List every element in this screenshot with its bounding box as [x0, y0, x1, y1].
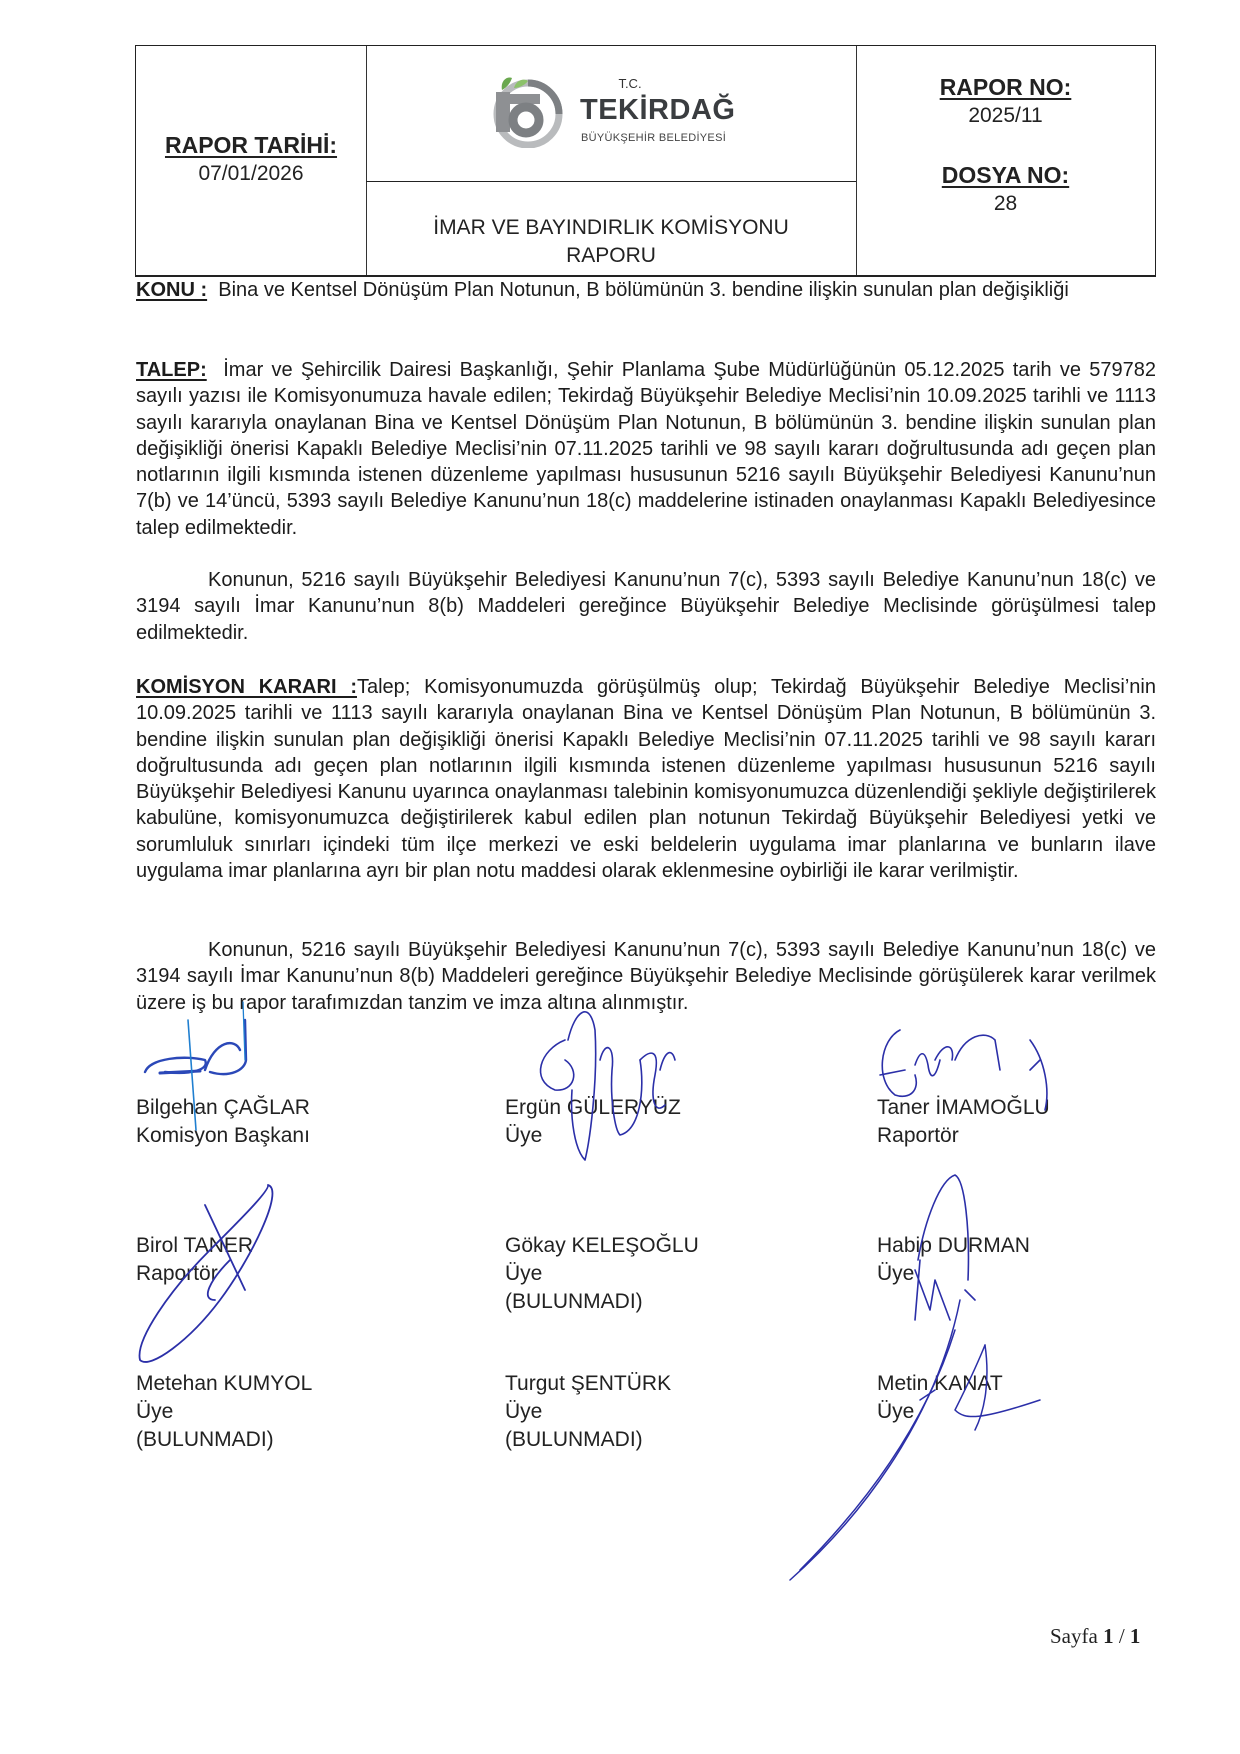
signatory-name: Ergün GÜLERYÜZ [505, 1094, 681, 1122]
file-no-label: DOSYA NO: [856, 162, 1155, 189]
closing-section: Konunun, 5216 sayılı Büyükşehir Belediye… [136, 937, 1156, 1016]
signatory-role: Üye [505, 1398, 671, 1426]
signatory-role: Üye [877, 1398, 1003, 1426]
signatory-role: Üye [136, 1398, 312, 1426]
page-separator: / [1119, 1624, 1125, 1648]
signatory-block: Turgut ŞENTÜRK Üye (BULUNMADI) [505, 1370, 671, 1454]
request-text: İmar ve Şehircilik Dairesi Başkanlığı, Ş… [136, 359, 1156, 539]
commission-decision-section: KOMİSYON KARARI :Talep; Komisyonumuzda g… [136, 674, 1156, 884]
signatory-name: Metin KANAT [877, 1370, 1003, 1398]
signatory-name: Bilgehan ÇAĞLAR [136, 1094, 310, 1122]
signatory-block: Habip DURMAN Üye [877, 1232, 1030, 1288]
signatory-name: Gökay KELEŞOĞLU [505, 1232, 699, 1260]
file-no-value: 28 [856, 192, 1155, 216]
signatory-block: Metin KANAT Üye [877, 1370, 1003, 1426]
signatory-name: Birol TANER [136, 1232, 253, 1260]
signatory-role: Raportör [136, 1260, 253, 1288]
signatory-role: Komisyon Başkanı [136, 1122, 310, 1150]
report-date-label: RAPOR TARİHİ: [136, 132, 366, 159]
signatory-status: (BULUNMADI) [136, 1426, 312, 1454]
signatory-role: Üye [505, 1260, 699, 1288]
page-total: 1 [1130, 1624, 1141, 1648]
municipality-logo: T.C. TEKİRDAĞ BÜYÜKŞEHİR BELEDİYESİ [488, 66, 748, 156]
title-cell: T.C. TEKİRDAĞ BÜYÜKŞEHİR BELEDİYESİ İMAR… [366, 46, 857, 275]
signatory-role: Raportör [877, 1122, 1050, 1150]
signatory-block: Ergün GÜLERYÜZ Üye [505, 1094, 681, 1150]
decision-label: KOMİSYON KARARI : [136, 676, 357, 698]
report-date-cell: RAPOR TARİHİ: 07/01/2026 [136, 46, 367, 275]
signatory-role: Üye [877, 1260, 1030, 1288]
decision-text: Talep; Komisyonumuzda görüşülmüş olup; T… [136, 676, 1156, 882]
signatory-name: Metehan KUMYOL [136, 1370, 312, 1398]
signatory-status: (BULUNMADI) [505, 1426, 671, 1454]
logo-cell: T.C. TEKİRDAĞ BÜYÜKŞEHİR BELEDİYESİ [366, 46, 856, 182]
request-continuation-text: Konunun, 5216 sayılı Büyükşehir Belediye… [136, 567, 1156, 646]
signatory-name: Habip DURMAN [877, 1232, 1030, 1260]
commission-title: İMAR VE BAYINDIRLIK KOMİSYONU RAPORU [366, 214, 856, 270]
signatory-block: Birol TANER Raportör [136, 1232, 253, 1288]
page-prefix: Sayfa [1050, 1624, 1098, 1648]
report-header-table: RAPOR TARİHİ: 07/01/2026 T.C. TEKİ [135, 45, 1156, 277]
signatory-name: Turgut ŞENTÜRK [505, 1370, 671, 1398]
signatory-block: Bilgehan ÇAĞLAR Komisyon Başkanı [136, 1094, 310, 1150]
commission-title-line1: İMAR VE BAYINDIRLIK KOMİSYONU [366, 214, 856, 242]
signatory-role: Üye [505, 1122, 681, 1150]
page-current: 1 [1103, 1624, 1114, 1648]
report-number-cell: RAPOR NO: 2025/11 DOSYA NO: 28 [856, 46, 1155, 275]
closing-text: Konunun, 5216 sayılı Büyükşehir Belediye… [136, 937, 1156, 1016]
request-section: TALEP: İmar ve Şehircilik Dairesi Başkan… [136, 357, 1156, 541]
request-label: TALEP: [136, 359, 207, 381]
subject-section: KONU : Bina ve Kentsel Dönüşüm Plan Notu… [136, 277, 1156, 303]
logo-name-text: TEKİRDAĞ [580, 94, 735, 127]
signatory-status: (BULUNMADI) [505, 1288, 699, 1316]
signatory-block: Taner İMAMOĞLU Raportör [877, 1094, 1050, 1150]
page-number: Sayfa 1 / 1 [1050, 1624, 1140, 1649]
report-no-label: RAPOR NO: [856, 74, 1155, 101]
commission-title-line2: RAPORU [366, 242, 856, 270]
signature-metin-kanat-icon [790, 1300, 1040, 1580]
report-page: RAPOR TARİHİ: 07/01/2026 T.C. TEKİ [0, 0, 1240, 1754]
commission-title-cell: İMAR VE BAYINDIRLIK KOMİSYONU RAPORU [366, 182, 856, 275]
signature-bilgehan-caglar-icon [145, 1020, 246, 1074]
subject-label: KONU : [136, 279, 207, 301]
signatory-block: Gökay KELEŞOĞLU Üye (BULUNMADI) [505, 1232, 699, 1316]
signatory-block: Metehan KUMYOL Üye (BULUNMADI) [136, 1370, 312, 1454]
logo-tc-text: T.C. [600, 76, 660, 91]
subject-text: Bina ve Kentsel Dönüşüm Plan Notunun, B … [218, 279, 1069, 301]
logo-subtitle-text: BÜYÜKŞEHİR BELEDİYESİ [581, 132, 726, 144]
signatory-name: Taner İMAMOĞLU [877, 1094, 1050, 1122]
report-no-value: 2025/11 [856, 104, 1155, 128]
report-date-value: 07/01/2026 [136, 162, 366, 186]
request-continuation: Konunun, 5216 sayılı Büyükşehir Belediye… [136, 567, 1156, 646]
municipality-emblem-icon [488, 72, 564, 148]
